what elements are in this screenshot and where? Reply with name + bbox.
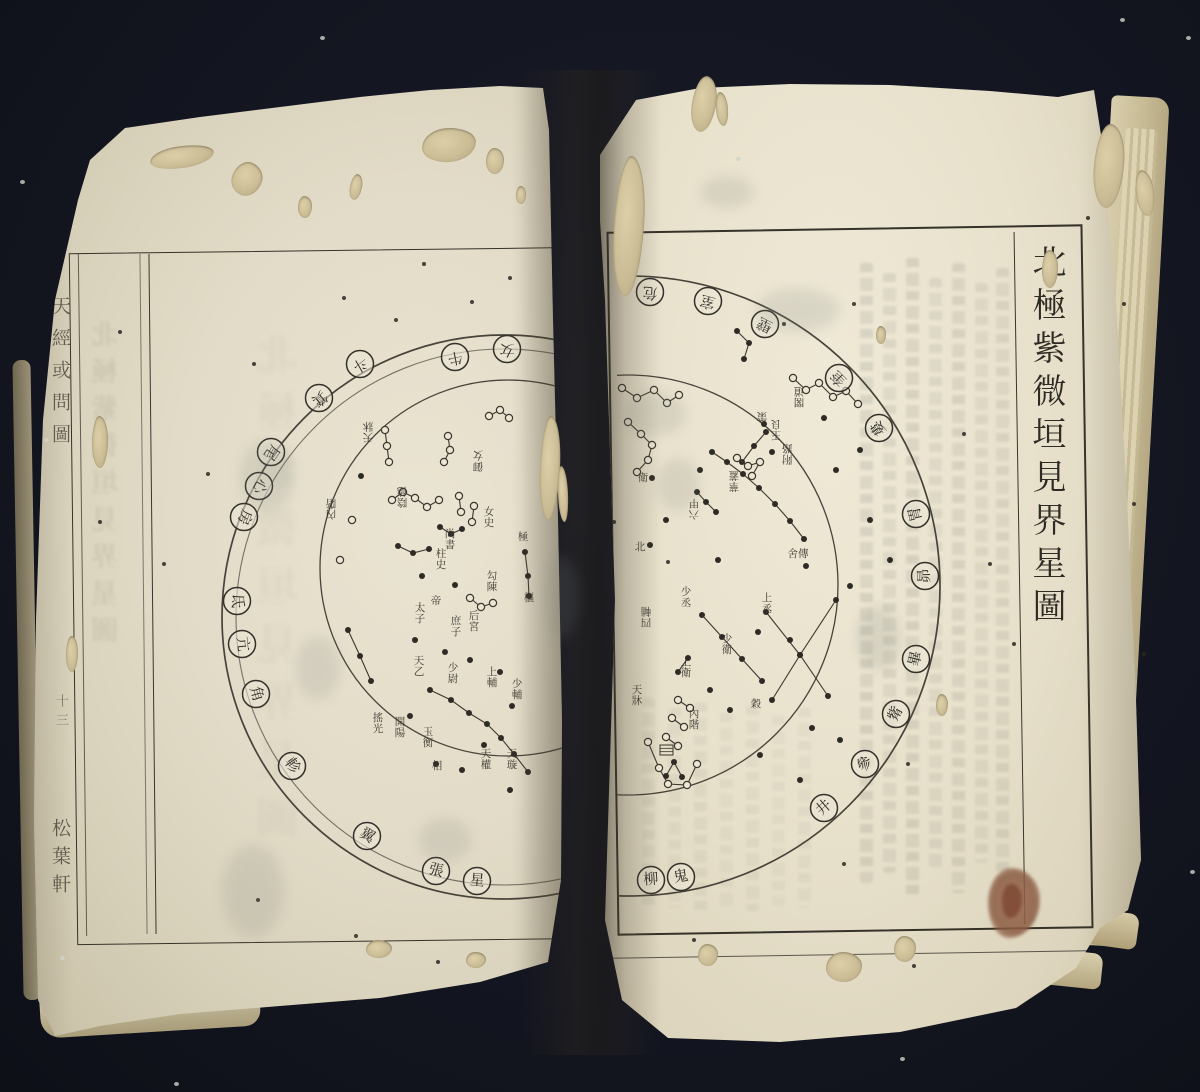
- lunar-mansion-glyph: 昴: [916, 568, 934, 584]
- star-node: [797, 652, 803, 658]
- star-node: [713, 509, 719, 515]
- constellation-label: 附路: [781, 442, 792, 466]
- lunar-mansion-glyph: 女: [499, 341, 514, 358]
- star-node-open: [411, 494, 418, 501]
- constellation-label: 衛: [638, 471, 649, 484]
- star-node: [769, 697, 775, 703]
- constellation-label: 華蓋: [728, 469, 739, 493]
- star-node: [756, 485, 762, 491]
- paper-smudge: [418, 818, 472, 862]
- star-node: [746, 340, 752, 346]
- constellation-label: 少衛: [722, 632, 733, 656]
- star-node: [497, 669, 503, 675]
- ink-speck: [988, 562, 992, 566]
- dust-lint: [1190, 870, 1195, 874]
- star-node-open: [381, 426, 388, 433]
- star-node: [426, 546, 432, 552]
- star-node-open: [485, 412, 492, 419]
- lunar-mansion-glyph: 亢: [233, 636, 251, 653]
- paper-smudge: [700, 176, 754, 208]
- star-node: [734, 328, 740, 334]
- star-node-open: [468, 518, 475, 525]
- star-node: [466, 710, 472, 716]
- constellation-label: 陰德: [396, 485, 407, 509]
- star-node-open: [496, 406, 503, 413]
- right-page-title: 北極紫微垣見界星圖: [1028, 244, 1062, 714]
- dust-lint: [320, 36, 325, 40]
- star-node: [757, 752, 763, 758]
- constellation-label: 策: [756, 410, 767, 423]
- star-node: [787, 518, 793, 524]
- star-node: [867, 517, 873, 523]
- star-node: [803, 563, 809, 569]
- star-node: [740, 471, 746, 477]
- star-node: [498, 735, 504, 741]
- photo-of-open-book: 北極紫微垣見界星圖 北極紫微垣見界星圖 天經或問圖 十三 松葉軒 女牛斗箕尾心房…: [0, 0, 1200, 1092]
- worm-tear: [557, 466, 570, 522]
- star-node: [671, 759, 677, 765]
- ink-speck: [508, 276, 512, 280]
- star-node-open: [789, 374, 796, 381]
- constellation-label: 天乙: [414, 655, 425, 678]
- ink-speck: [422, 262, 426, 266]
- ink-speck: [470, 300, 474, 304]
- ink-speck: [252, 362, 256, 366]
- star-node: [741, 356, 747, 362]
- constellation-label: 開陽: [395, 716, 406, 739]
- paper-smudge: [545, 556, 579, 640]
- dust-lint: [1186, 36, 1191, 40]
- star-node: [437, 524, 443, 530]
- star-node: [448, 697, 454, 703]
- ink-speck: [1132, 502, 1136, 506]
- star-node-open: [829, 393, 836, 400]
- right-chart-ring-outer: [617, 276, 940, 896]
- star-node-open: [683, 781, 690, 788]
- star-node-open: [756, 458, 763, 465]
- right-page: 北極紫微垣見界星圖 危室壁奎婁胃昴畢觜參井鬼柳閣道王良策附路華蓋六甲舍傳上丞少丞…: [572, 58, 1148, 1048]
- right-star-chart: 危室壁奎婁胃昴畢觜參井鬼柳閣道王良策附路華蓋六甲舍傳上丞少丞北衛少衛上衛四輔天牀…: [617, 230, 1022, 930]
- constellation-label: 內階: [325, 497, 336, 520]
- dust-lint: [1120, 18, 1125, 22]
- star-node: [410, 550, 416, 556]
- constellation-label: 北: [635, 541, 646, 553]
- ink-speck: [666, 560, 670, 564]
- dust-lint: [174, 1082, 179, 1086]
- constellation-label: 玉衡: [423, 726, 434, 749]
- constellation-label: 舍傳: [788, 547, 809, 560]
- ink-speck: [1086, 216, 1090, 220]
- star-node-open: [348, 516, 355, 523]
- paper-smudge: [856, 606, 900, 670]
- star-node-open: [748, 472, 755, 479]
- star-node: [821, 415, 827, 421]
- constellation-label: 帝: [431, 594, 442, 607]
- star-node: [833, 597, 839, 603]
- paper-smudge: [622, 392, 686, 436]
- star-node: [797, 777, 803, 783]
- hatched-box-glyph: [660, 745, 673, 755]
- star-node: [525, 769, 531, 775]
- star-node: [763, 429, 769, 435]
- star-node: [459, 767, 465, 773]
- star-node: [442, 649, 448, 655]
- ink-speck: [842, 862, 846, 866]
- ink-speck: [342, 296, 346, 300]
- ink-speck: [1142, 652, 1146, 656]
- star-node-open: [505, 414, 512, 421]
- star-node: [345, 627, 351, 633]
- lunar-mansion-glyph: 危: [642, 283, 658, 301]
- constellation-label: 相: [432, 759, 443, 772]
- constellation-label: 王良: [770, 418, 781, 441]
- star-node: [358, 473, 364, 479]
- ink-speck: [692, 938, 696, 942]
- star-node-open: [470, 502, 477, 509]
- paper-smudge: [656, 458, 700, 512]
- ink-speck: [354, 934, 358, 938]
- star-node: [715, 557, 721, 563]
- star-node: [368, 678, 374, 684]
- constellation-label: 尚書: [445, 527, 456, 551]
- right-chart-asterism-line: [772, 600, 836, 700]
- star-node-open: [644, 456, 651, 463]
- ink-speck: [118, 330, 122, 334]
- constellation-label: 后宮: [469, 609, 480, 633]
- star-node: [407, 713, 413, 719]
- star-node: [769, 449, 775, 455]
- lunar-mansion-glyph: 星: [469, 871, 486, 889]
- star-node: [699, 612, 705, 618]
- star-node-open: [435, 496, 442, 503]
- constellation-label: 勾陳: [487, 569, 498, 593]
- star-node-open: [423, 503, 430, 510]
- constellation-label: 少尉: [448, 661, 459, 685]
- star-node: [709, 449, 715, 455]
- constellation-label: 穀: [751, 697, 762, 710]
- star-node: [809, 725, 815, 731]
- left-star-chart: 女牛斗箕尾心房氐亢角軫翼張星天牀內階陰德御女女史尚書柱史極樞勾陳后宮庶子帝太子天…: [152, 258, 585, 937]
- star-node: [452, 582, 458, 588]
- star-node: [724, 459, 730, 465]
- star-node: [357, 653, 363, 659]
- constellation-label: 少丞: [681, 585, 692, 609]
- star-node: [419, 573, 425, 579]
- ink-speck: [394, 318, 398, 322]
- constellation-label: 天牀: [362, 420, 373, 443]
- star-node-open: [680, 723, 687, 730]
- star-node: [484, 721, 490, 727]
- constellation-label: 天牀: [632, 684, 643, 707]
- left-margin-publisher: 松葉軒: [50, 818, 69, 988]
- star-node: [772, 501, 778, 507]
- dust-lint: [44, 438, 49, 442]
- lunar-mansion-glyph: 鬼: [672, 867, 690, 886]
- star-node: [525, 573, 531, 579]
- dust-lint: [20, 180, 25, 184]
- constellation-label: 樞: [524, 591, 535, 604]
- star-node-open: [618, 384, 625, 391]
- star-node: [825, 693, 831, 699]
- constellation-label: 搖光: [373, 711, 384, 735]
- constellation-label: 女史: [484, 505, 495, 529]
- right-chart-inner-circle: [617, 375, 838, 795]
- star-node-open: [664, 780, 671, 787]
- star-node-open: [662, 733, 669, 740]
- ink-speck: [912, 964, 916, 968]
- star-node-open: [644, 738, 651, 745]
- star-node-open: [457, 508, 464, 515]
- star-node: [395, 543, 401, 549]
- star-node: [707, 687, 713, 693]
- star-node-open: [693, 760, 700, 767]
- star-node-open: [489, 599, 496, 606]
- star-node-open: [815, 379, 822, 386]
- ink-speck: [852, 302, 856, 306]
- star-node-open: [744, 462, 751, 469]
- star-node: [837, 737, 843, 743]
- constellation-label: 極: [518, 530, 529, 543]
- constellation-label: 上丞: [762, 591, 773, 615]
- star-node-open: [336, 556, 343, 563]
- star-node-open: [385, 458, 392, 465]
- ink-speck: [1122, 302, 1126, 306]
- star-node-open: [674, 696, 681, 703]
- ink-speck: [1012, 642, 1016, 646]
- star-node: [507, 787, 513, 793]
- ink-speck: [612, 520, 616, 524]
- star-node-open: [854, 400, 861, 407]
- ink-speck: [162, 562, 166, 566]
- constellation-label: 閣道: [793, 385, 804, 408]
- constellation-label: 上輔: [487, 665, 498, 689]
- star-node-open: [388, 496, 395, 503]
- star-node-open: [383, 442, 390, 449]
- star-node-open: [477, 603, 484, 610]
- star-node-open: [674, 742, 681, 749]
- star-node: [427, 687, 433, 693]
- left-margin-page-number: 十三: [55, 694, 68, 754]
- constellation-label: 庶子: [451, 614, 462, 638]
- left-margin-book-title: 天經或問圖: [50, 296, 69, 566]
- lunar-mansion-glyph: 氐: [229, 593, 247, 609]
- star-node: [663, 517, 669, 523]
- star-node: [739, 656, 745, 662]
- star-node: [857, 447, 863, 453]
- star-node: [481, 742, 487, 748]
- star-node-open: [455, 492, 462, 499]
- star-node: [759, 678, 765, 684]
- ink-speck: [98, 520, 102, 524]
- star-node-open: [446, 446, 453, 453]
- ink-speck: [206, 472, 210, 476]
- lunar-mansion-glyph: 柳: [643, 870, 659, 889]
- left-chart-ring-outer: [222, 335, 585, 899]
- paper-smudge: [240, 440, 294, 512]
- star-node: [679, 774, 685, 780]
- paper-smudge: [296, 636, 340, 700]
- star-node: [509, 703, 515, 709]
- star-node: [663, 773, 669, 779]
- star-node: [412, 637, 418, 643]
- star-node-open: [440, 458, 447, 465]
- constellation-label: 內階: [689, 708, 700, 731]
- constellation-label: 少輔: [512, 677, 523, 701]
- star-node-open: [655, 764, 662, 771]
- star-node: [649, 475, 655, 481]
- star-node: [522, 549, 528, 555]
- star-node: [801, 536, 807, 542]
- ink-speck: [962, 432, 966, 436]
- constellation-label: 御女: [472, 449, 483, 472]
- star-node: [787, 637, 793, 643]
- ink-speck: [436, 960, 440, 964]
- constellation-label: 天璇: [507, 748, 518, 771]
- star-node-open: [733, 454, 740, 461]
- star-node-open: [648, 441, 655, 448]
- star-node: [647, 542, 653, 548]
- star-node: [459, 526, 465, 532]
- paper-smudge: [222, 845, 284, 937]
- constellation-label: 上衛: [681, 655, 692, 679]
- star-node: [833, 467, 839, 473]
- star-node-open: [444, 432, 451, 439]
- star-node: [755, 629, 761, 635]
- star-node: [467, 657, 473, 663]
- dust-lint: [736, 157, 741, 161]
- star-node-open: [668, 714, 675, 721]
- star-node: [727, 707, 733, 713]
- constellation-label: 天權: [481, 748, 492, 771]
- paper-smudge: [756, 288, 840, 332]
- left-chart-ring-inner: [236, 349, 585, 885]
- constellation-label: 太子: [415, 601, 426, 625]
- star-node: [703, 499, 709, 505]
- star-node: [697, 467, 703, 473]
- star-node: [847, 583, 853, 589]
- right-chart-asterism-line: [766, 612, 828, 696]
- lunar-mansion-glyph: 牛: [446, 348, 464, 368]
- star-node-open: [466, 594, 473, 601]
- star-node: [751, 443, 757, 449]
- ink-speck: [906, 762, 910, 766]
- dust-lint: [900, 1057, 905, 1061]
- star-node: [887, 557, 893, 563]
- constellation-label: 四輔: [640, 605, 651, 628]
- constellation-label: 柱史: [436, 547, 447, 571]
- dust-lint: [60, 956, 65, 960]
- left-page: 北極紫微垣見界星圖 北極紫微垣見界星圖 天經或問圖 十三 松葉軒 女牛斗箕尾心房…: [28, 82, 590, 1040]
